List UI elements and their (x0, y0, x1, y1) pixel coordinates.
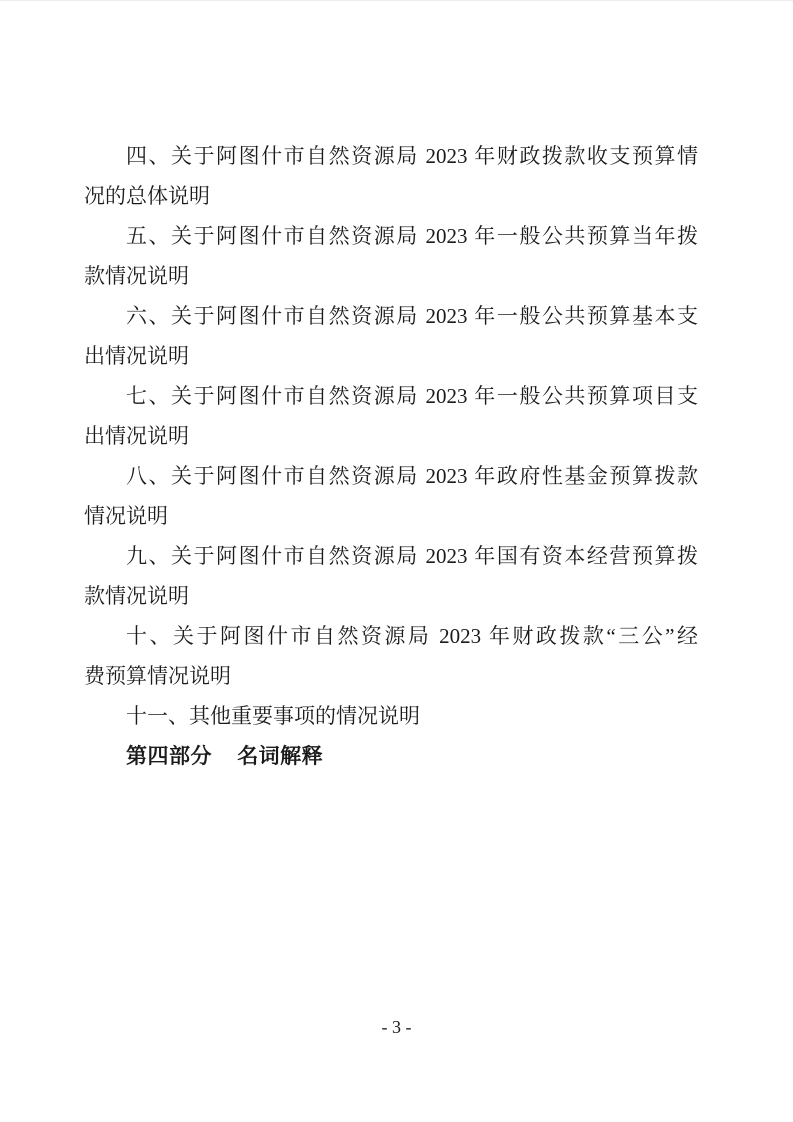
toc-item: 八、关于阿图什市自然资源局 2023 年政府性基金预算拨款 情况说明 (84, 456, 698, 536)
toc-item-line: 出情况说明 (84, 416, 698, 456)
toc-item-line: 十一、其他重要事项的情况说明 (84, 696, 698, 736)
toc-item: 十、关于阿图什市自然资源局 2023 年财政拨款“三公”经 费预算情况说明 (84, 616, 698, 696)
toc-item-line: 款情况说明 (84, 576, 698, 616)
section-heading: 第四部分名词解释 (84, 736, 698, 776)
toc-list: 四、关于阿图什市自然资源局 2023 年财政拨款收支预算情 况的总体说明 五、关… (84, 136, 698, 776)
toc-item-line: 四、关于阿图什市自然资源局 2023 年财政拨款收支预算情 (84, 136, 698, 176)
toc-item-line: 十、关于阿图什市自然资源局 2023 年财政拨款“三公”经 (84, 616, 698, 656)
toc-item: 四、关于阿图什市自然资源局 2023 年财政拨款收支预算情 况的总体说明 (84, 136, 698, 216)
section-heading-title: 名词解释 (237, 744, 323, 768)
toc-item-line: 八、关于阿图什市自然资源局 2023 年政府性基金预算拨款 (84, 456, 698, 496)
page-number: - 3 - (382, 1017, 412, 1037)
toc-item-line: 七、关于阿图什市自然资源局 2023 年一般公共预算项目支 (84, 376, 698, 416)
toc-item: 九、关于阿图什市自然资源局 2023 年国有资本经营预算拨 款情况说明 (84, 536, 698, 616)
toc-item: 十一、其他重要事项的情况说明 (84, 696, 698, 736)
toc-item-line: 况的总体说明 (84, 176, 698, 216)
toc-item: 五、关于阿图什市自然资源局 2023 年一般公共预算当年拨 款情况说明 (84, 216, 698, 296)
toc-item-line: 款情况说明 (84, 256, 698, 296)
document-page: 四、关于阿图什市自然资源局 2023 年财政拨款收支预算情 况的总体说明 五、关… (0, 0, 793, 1122)
toc-item: 七、关于阿图什市自然资源局 2023 年一般公共预算项目支 出情况说明 (84, 376, 698, 456)
toc-item-line: 九、关于阿图什市自然资源局 2023 年国有资本经营预算拨 (84, 536, 698, 576)
toc-item: 六、关于阿图什市自然资源局 2023 年一般公共预算基本支 出情况说明 (84, 296, 698, 376)
section-heading-number: 第四部分 (126, 744, 212, 768)
toc-item-line: 五、关于阿图什市自然资源局 2023 年一般公共预算当年拨 (84, 216, 698, 256)
toc-item-line: 情况说明 (84, 496, 698, 536)
toc-item-line: 出情况说明 (84, 336, 698, 376)
page-footer: - 3 - (0, 1015, 793, 1039)
toc-item-line: 六、关于阿图什市自然资源局 2023 年一般公共预算基本支 (84, 296, 698, 336)
toc-item-line: 费预算情况说明 (84, 656, 698, 696)
